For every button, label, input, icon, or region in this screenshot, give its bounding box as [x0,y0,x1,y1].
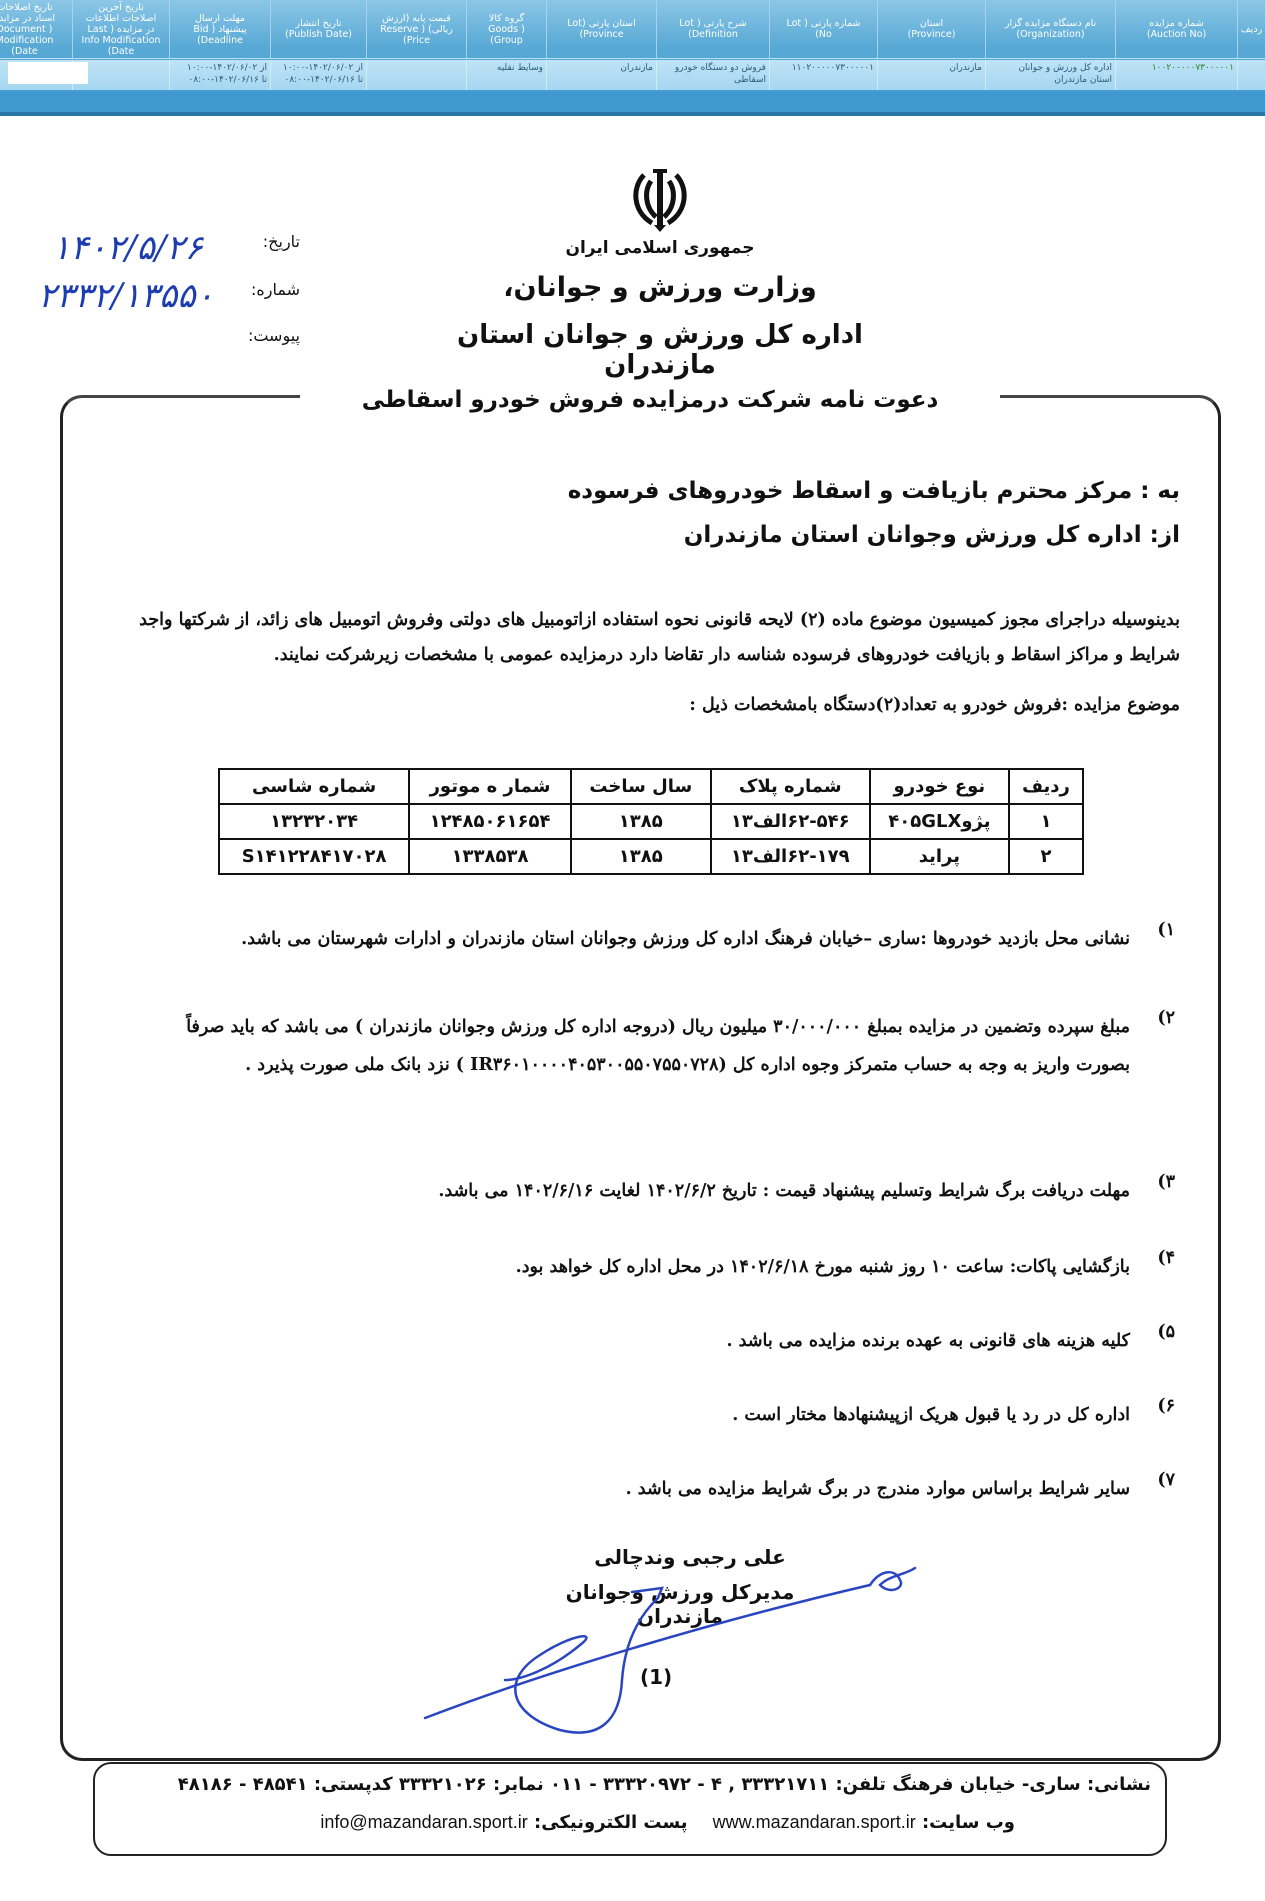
cell-chassis-number: S۱۴۱۲۲۸۴۱۷۰۲۸ [219,839,409,874]
cell-lot-definition: فروش دو دستگاه خودرو اسقاطی [656,60,769,90]
col-goods-group[interactable]: گروه کالا ( Goods Group) [466,0,546,58]
auction-listing-table: ردیف شماره مزایده (Auction No) نام دستگا… [0,0,1265,116]
col-last-info-modification[interactable]: تاریخ آخرین اصلاحات اطلاعات در مزایده ( … [72,0,169,58]
col-bid-deadline[interactable]: مهلت ارسال پیشنهاد ( Bid Deadline) [169,0,270,58]
sender-line: از: اداره کل ورزش وجوانان استان مازندران [684,522,1180,548]
list-item: ۵) کلیه هزینه های قانونی به عهده برنده م… [130,1322,1175,1360]
item-text: نشانی محل بازدید خودروها :ساری –خیابان ف… [130,920,1130,958]
iran-emblem-icon [630,165,690,233]
department-name: اداره کل ورزش و جوانان استان مازندران [400,320,920,380]
item-number: ۵) [1130,1322,1175,1360]
col-publish-date[interactable]: تاریخ انتشار (Publish Date) [270,0,366,58]
cell-index: ۱ [1009,804,1083,839]
cell-province: مازندران [877,60,985,90]
table-row[interactable]: ۱۰۰۲۰۰۰۰۰۷۳۰۰۰۰۰۱ اداره کل ورزش و جوانان… [0,60,1265,90]
list-item: ۲) مبلغ سپرده وتضمین در مزایده بمبلغ ۳۰/… [130,1008,1175,1084]
th-vehicle-type: نوع خودرو [870,769,1009,804]
list-item: ۳) مهلت دریافت برگ شرایط وتسلیم پیشنهاد … [130,1172,1175,1210]
col-index: ردیف [1237,0,1265,58]
table-row: ۲ پراید ۶۲-۱۷۹الف۱۳ ۱۳۸۵ ۱۳۳۸۵۳۸ S۱۴۱۲۲۸… [219,839,1083,874]
list-item: ۱) نشانی محل بازدید خودروها :ساری –خیابا… [130,920,1175,958]
email-link[interactable]: info@mazandaran.sport.ir [320,1812,527,1832]
website-link[interactable]: www.mazandaran.sport.ir [713,1812,916,1832]
item-text: اداره کل در رد یا قبول هریک ازپیشنهادها … [130,1396,1130,1434]
cell-lot-no: ۱۱۰۲۰۰۰۰۰۷۳۰۰۰۰۰۱ [769,60,877,90]
th-chassis-number: شماره شاسی [219,769,409,804]
col-organization[interactable]: نام دستگاه مزایده گزار (Organization) [985,0,1115,58]
col-province[interactable]: استان (Province) [877,0,985,58]
cell-auction-no[interactable]: ۱۰۰۲۰۰۰۰۰۷۳۰۰۰۰۰۱ [1115,60,1237,90]
document-title: دعوت نامه شرکت درمزایده فروش خودرو اسقاط… [300,387,1000,413]
item-text: مبلغ سپرده وتضمین در مزایده بمبلغ ۳۰/۰۰۰… [130,1008,1130,1084]
vehicle-table: ردیف نوع خودرو شماره پلاک سال ساخت شمار … [218,768,1084,875]
web-contact-line: وب سایت: www.mazandaran.sport.ir پست الک… [320,1812,1015,1833]
item-number: ۴) [1130,1248,1175,1286]
item-number: ۱) [1130,920,1175,958]
cell-index [1237,60,1265,90]
vehicle-table-header: ردیف نوع خودرو شماره پلاک سال ساخت شمار … [219,769,1083,804]
recipient-line: به : مرکز محترم بازیافت و اسقاط خودروهای… [568,478,1180,504]
number-label: شماره: [220,280,300,299]
list-item: ۶) اداره کل در رد یا قبول هریک ازپیشنهاد… [130,1396,1175,1434]
cell-plate-number: ۶۲-۱۷۹الف۱۳ [711,839,870,874]
th-index: ردیف [1009,769,1083,804]
cell-engine-number: ۱۳۳۸۵۳۸ [409,839,571,874]
col-lot-definition[interactable]: شرح پارتی ( Lot Definition) [656,0,769,58]
intro-paragraph: بدینوسیله دراجرای مجوز کمیسیون موضوع ماد… [130,603,1180,673]
cell-engine-number: ۱۲۴۸۵۰۶۱۶۵۴ [409,804,571,839]
item-text: کلیه هزینه های قانونی به عهده برنده مزای… [130,1322,1130,1360]
cell-vehicle-type: پژو۴۰۵GLX [870,804,1009,839]
cell-lot-province: مازندران [546,60,656,90]
item-number: ۶) [1130,1396,1175,1434]
cell-publish-date: از ۱۴۰۲/۰۶/۰۲-۱۰:۰۰ تا ۱۴۰۲/۰۶/۱۶-۰۸:۰۰ [270,60,366,90]
col-lot-province[interactable]: استان پارتی (Lot Province) [546,0,656,58]
col-document-modification[interactable]: تاریخ اصلاحات اسناد در مزایده ( Document… [0,0,72,58]
item-text: مهلت دریافت برگ شرایط وتسلیم پیشنهاد قیم… [130,1172,1130,1210]
cell-year: ۱۳۸۵ [571,839,711,874]
date-label: تاریخ: [220,232,300,251]
cell-index: ۲ [1009,839,1083,874]
table-footer-strip [0,92,1265,112]
cell-organization: اداره کل ورزش و جوانان استان مازندران [985,60,1115,90]
contact-footer: نشانی: ساری- خیابان فرهنگ تلفن: ۳۳۳۲۱۷۱۱… [93,1762,1167,1856]
cell-plate-number: ۶۲-۵۴۶الف۱۳ [711,804,870,839]
col-reserve-price[interactable]: قیمت پایه (ارزش ریالی) ( Reserve Price) [366,0,466,58]
item-number: ۷) [1130,1470,1175,1508]
email-label: پست الکترونیکی: [534,1812,688,1833]
country-name: جمهوری اسلامی ایران [540,238,780,258]
col-auction-no[interactable]: شماره مزایده (Auction No) [1115,0,1237,58]
ministry-name: وزارت ورزش و جوانان، [480,272,840,303]
website-label: وب سایت: [922,1812,1015,1833]
table-header-row: ردیف شماره مزایده (Auction No) نام دستگا… [0,0,1265,59]
blank-cell [8,62,88,84]
item-number: ۳) [1130,1172,1175,1210]
handwritten-date: ۱۴۰۲/۵/۲۶ [52,228,203,268]
item-number: ۲) [1130,1008,1175,1084]
cell-vehicle-type: پراید [870,839,1009,874]
th-plate-number: شماره پلاک [711,769,870,804]
table-row: ۱ پژو۴۰۵GLX ۶۲-۵۴۶الف۱۳ ۱۳۸۵ ۱۲۴۸۵۰۶۱۶۵۴… [219,804,1083,839]
list-item: ۷) سایر شرایط براساس موارد مندرج در برگ … [130,1470,1175,1508]
cell-goods-group: وسایط نقلیه [466,60,546,90]
handwritten-number: ۲۳۳۲/۱۳۵۵۰ [38,276,214,316]
cell-chassis-number: ۱۳۲۳۲۰۳۴ [219,804,409,839]
th-year: سال ساخت [571,769,711,804]
item-text: سایر شرایط براساس موارد مندرج در برگ شرا… [130,1470,1130,1508]
th-engine-number: شمار ه موتور [409,769,571,804]
subject-line: موضوع مزایده :فروش خودرو به تعداد(۲)دستگ… [130,688,1180,723]
address-line: نشانی: ساری- خیابان فرهنگ تلفن: ۳۳۳۲۱۷۱۱… [109,1774,1151,1795]
cell-year: ۱۳۸۵ [571,804,711,839]
cell-reserve-price [366,60,466,90]
cell-bid-deadline: از ۱۴۰۲/۰۶/۰۲-۱۰:۰۰ تا ۱۴۰۲/۰۶/۱۶-۰۸:۰۰ [169,60,270,90]
col-lot-no[interactable]: شماره پارتی ( Lot No) [769,0,877,58]
handwritten-signature-icon [400,1540,920,1740]
list-item: ۴) بازگشایی پاکات: ساعت ۱۰ روز شنبه مورخ… [130,1248,1175,1286]
item-text: بازگشایی پاکات: ساعت ۱۰ روز شنبه مورخ ۱۴… [130,1248,1130,1286]
attachment-label: پیوست: [220,326,300,345]
